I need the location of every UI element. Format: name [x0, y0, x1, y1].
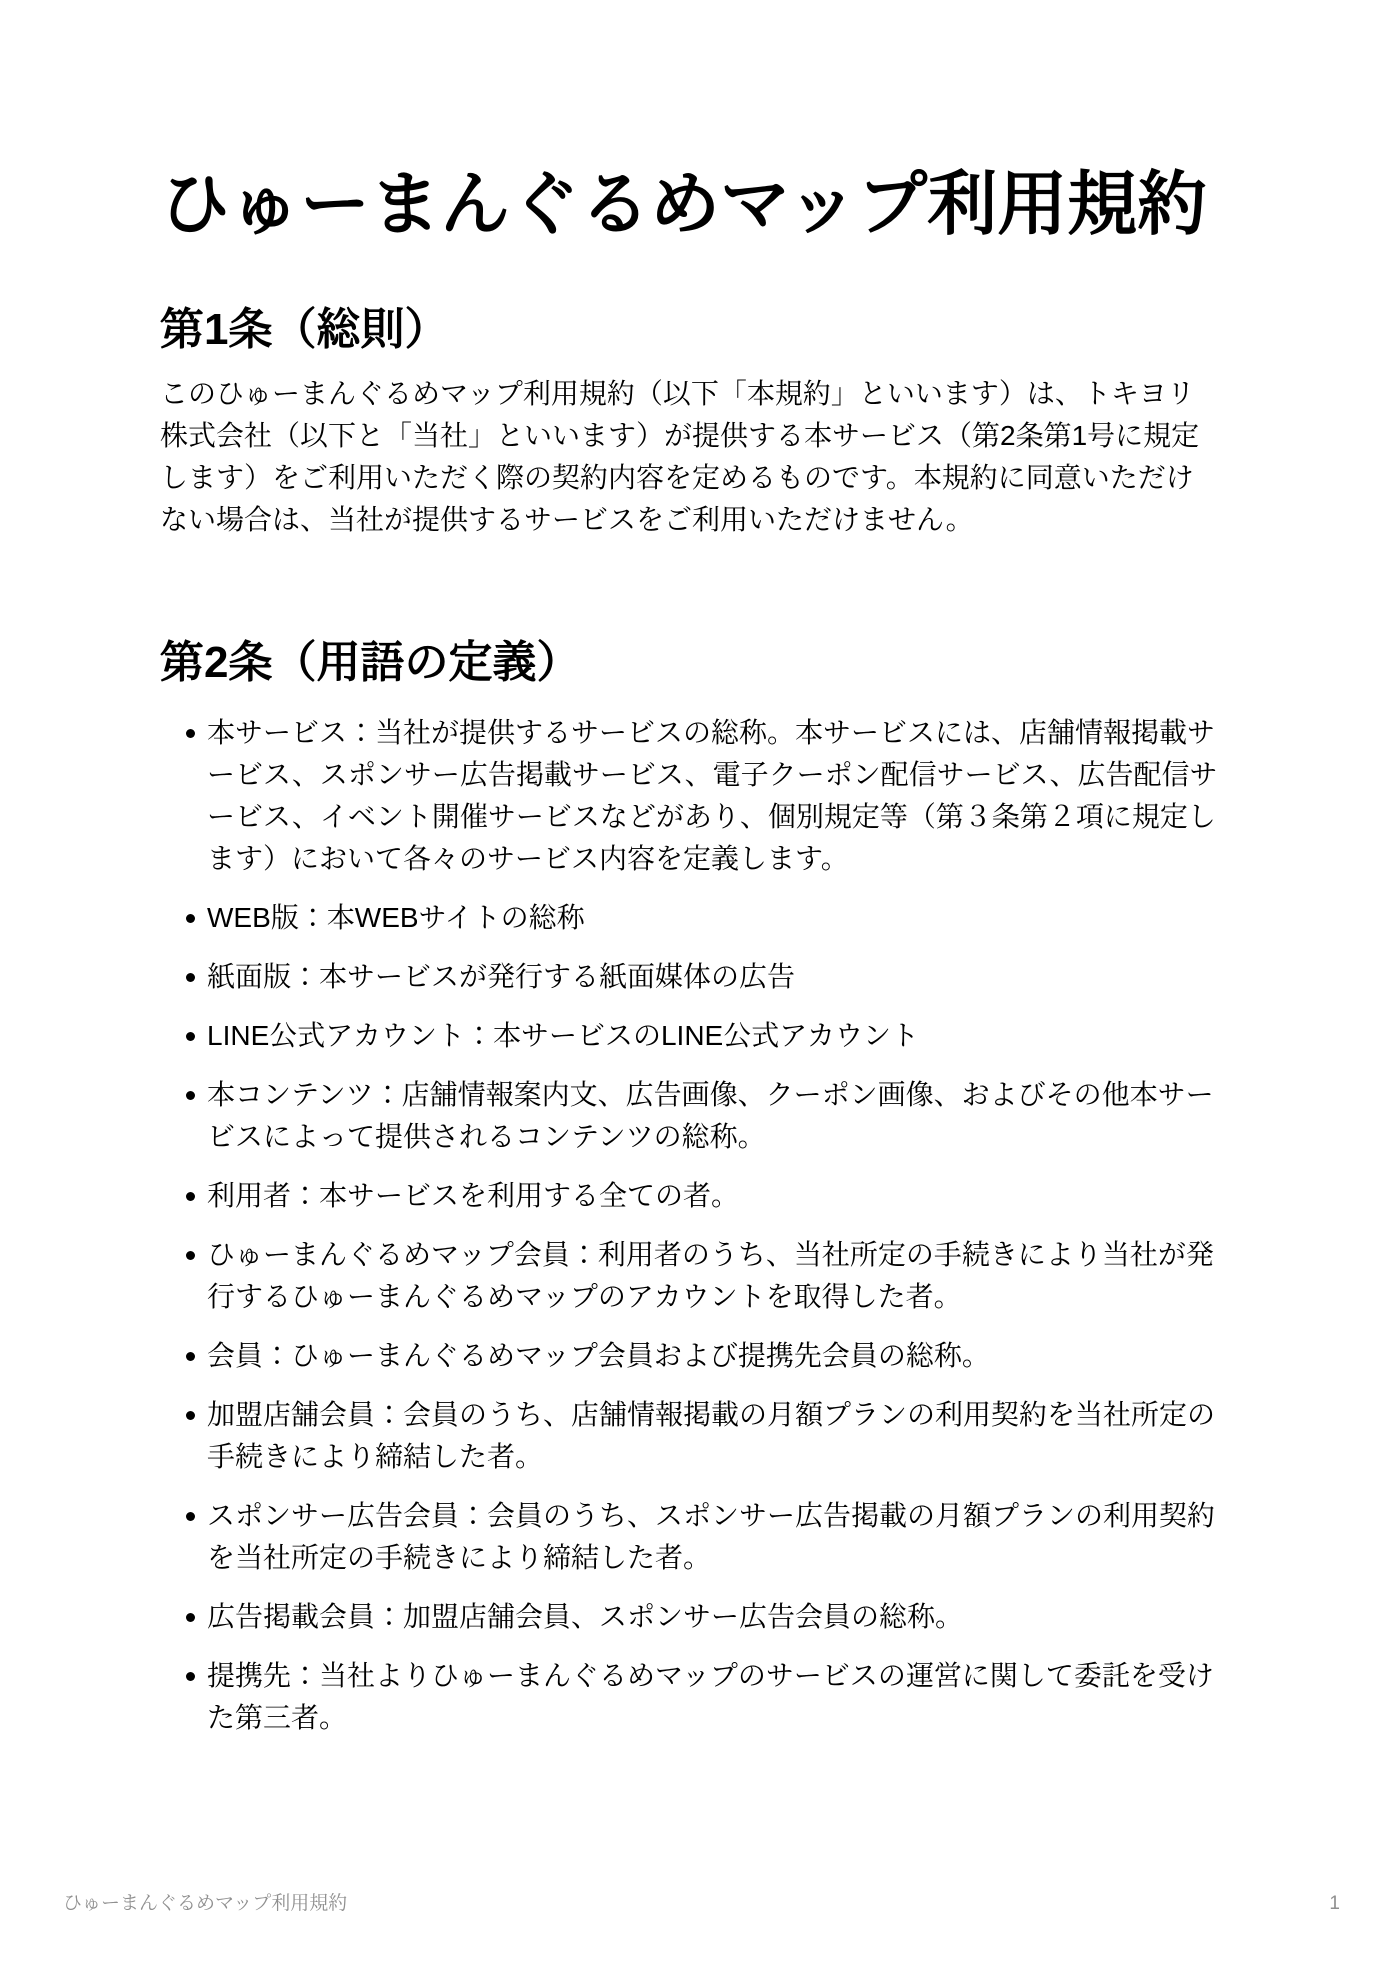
list-item-web-ban: WEB版：本WEBサイトの総称 [160, 897, 1220, 939]
list-item-kamei-tenpo: 加盟店舗会員：会員のうち、店舗情報掲載の月額プランの利用契約を当社所定の手続きに… [160, 1394, 1220, 1478]
list-item-line-account: LINE公式アカウント：本サービスのLINE公式アカウント [160, 1015, 1220, 1057]
list-item-teikeisaki: 提携先：当社よりひゅーまんぐるめマップのサービスの運営に関して委託を受けた第三者… [160, 1655, 1220, 1739]
list-item-riyousha: 利用者：本サービスを利用する全ての者。 [160, 1175, 1220, 1217]
list-item-kaiin: 会員：ひゅーまんぐるめマップ会員および提携先会員の総称。 [160, 1335, 1220, 1377]
document-content: ひゅーまんぐるめマップ利用規約 第1条（総則） このひゅーまんぐるめマップ利用規… [160, 0, 1220, 1756]
page-title: ひゅーまんぐるめマップ利用規約 [160, 165, 1220, 244]
footer-page-number: 1 [1329, 1890, 1340, 1918]
section-1-heading: 第1条（総則） [160, 301, 1220, 358]
list-item-koukoku: 広告掲載会員：加盟店舗会員、スポンサー広告会員の総称。 [160, 1596, 1220, 1638]
section-2-heading: 第2条（用語の定義） [160, 634, 1220, 691]
list-item-shimen-ban: 紙面版：本サービスが発行する紙面媒体の広告 [160, 956, 1220, 998]
list-item-map-kaiin: ひゅーまんぐるめマップ会員：利用者のうち、当社所定の手続きにより当社が発行するひ… [160, 1234, 1220, 1318]
list-item-honservice: 本サービス：当社が提供するサービスの総称。本サービスには、店舗情報掲載サービス、… [160, 712, 1220, 880]
section-1-paragraph: このひゅーまんぐるめマップ利用規約（以下「本規約」といいます）は、トキヨリ株式会… [160, 373, 1220, 541]
footer-doc-title: ひゅーまんぐるめマップ利用規約 [63, 1890, 347, 1918]
list-item-contents: 本コンテンツ：店舗情報案内文、広告画像、クーポン画像、およびその他本サービスによ… [160, 1074, 1220, 1158]
list-item-sponsor: スポンサー広告会員：会員のうち、スポンサー広告掲載の月額プランの利用契約を当社所… [160, 1495, 1220, 1579]
definitions-list: 本サービス：当社が提供するサービスの総称。本サービスには、店舗情報掲載サービス、… [160, 712, 1220, 1739]
document-page: ひゅーまんぐるめマップ利用規約 第1条（総則） このひゅーまんぐるめマップ利用規… [0, 0, 1400, 1980]
